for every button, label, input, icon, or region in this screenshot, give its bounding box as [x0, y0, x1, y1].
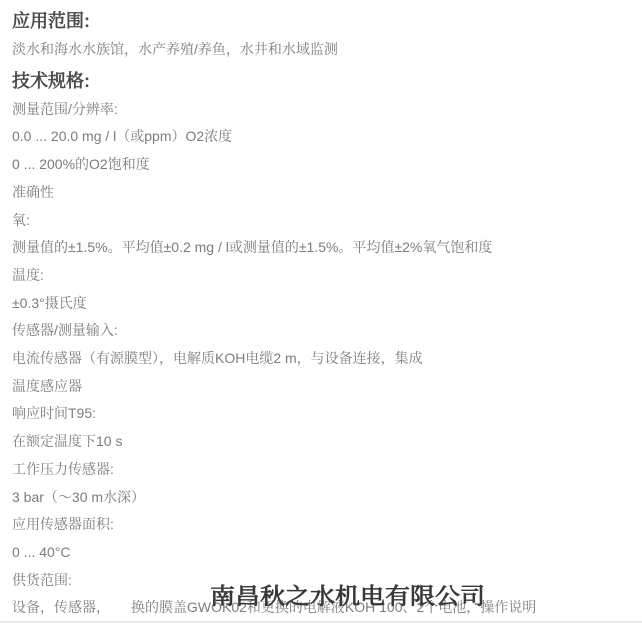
spec-line-sensor-description: 电流传感器（有源膜型），电解质KOH电缆2 m，与设备连接，集成: [12, 351, 628, 365]
spec-line-oxygen-label: 氧:: [12, 213, 628, 227]
application-text: 淡水和海水水族馆，水产养殖/养鱼，水井和水域监测: [12, 42, 628, 56]
spec-line-o2-saturation-range: 0 ... 200%的O2饱和度: [12, 157, 628, 171]
section-heading-specs: 技术规格:: [12, 70, 628, 92]
spec-line-scope-of-delivery-label: 供货范围:: [12, 573, 628, 587]
spec-line-response-time-label: 响应时间T95:: [12, 406, 628, 420]
section-heading-application: 应用范围:: [12, 10, 628, 32]
spec-line-sensor-area-label: 应用传感器面积:: [12, 517, 628, 531]
spec-line-temperature-label: 温度:: [12, 268, 628, 282]
spec-line-scope-of-delivery-value: 设备，传感器， 换的膜盖GWOK02和更换的电解液KOH 100、2个电池，操作…: [12, 600, 628, 614]
spec-line-temperature-accuracy: ±0.3°摄氏度: [12, 296, 628, 310]
spec-line-measuring-range-label: 测量范围/分辨率:: [12, 102, 628, 116]
spec-document: 应用范围: 淡水和海水水族馆，水产养殖/养鱼，水井和水域监测 技术规格: 测量范…: [0, 0, 642, 632]
spec-line-oxygen-accuracy: 测量值的±1.5%。平均值±0.2 mg / l或测量值的±1.5%。平均值±2…: [12, 240, 628, 254]
spec-line-sensor-area-value: 0 ... 40°C: [12, 545, 628, 559]
spec-line-working-pressure-label: 工作压力传感器:: [12, 462, 628, 476]
spec-line-accuracy-label: 准确性: [12, 185, 628, 199]
spec-line-o2-concentration-range: 0.0 ... 20.0 mg / l（或ppm）O2浓度: [12, 129, 628, 143]
spec-line-working-pressure-value: 3 bar（〜30 m水深）: [12, 490, 628, 504]
spec-line-response-time-value: 在额定温度下10 s: [12, 434, 628, 448]
spec-line-temperature-sensor: 温度感应器: [12, 379, 628, 393]
spec-line-sensor-input-label: 传感器/测量输入:: [12, 323, 628, 337]
bottom-divider: [0, 621, 642, 623]
